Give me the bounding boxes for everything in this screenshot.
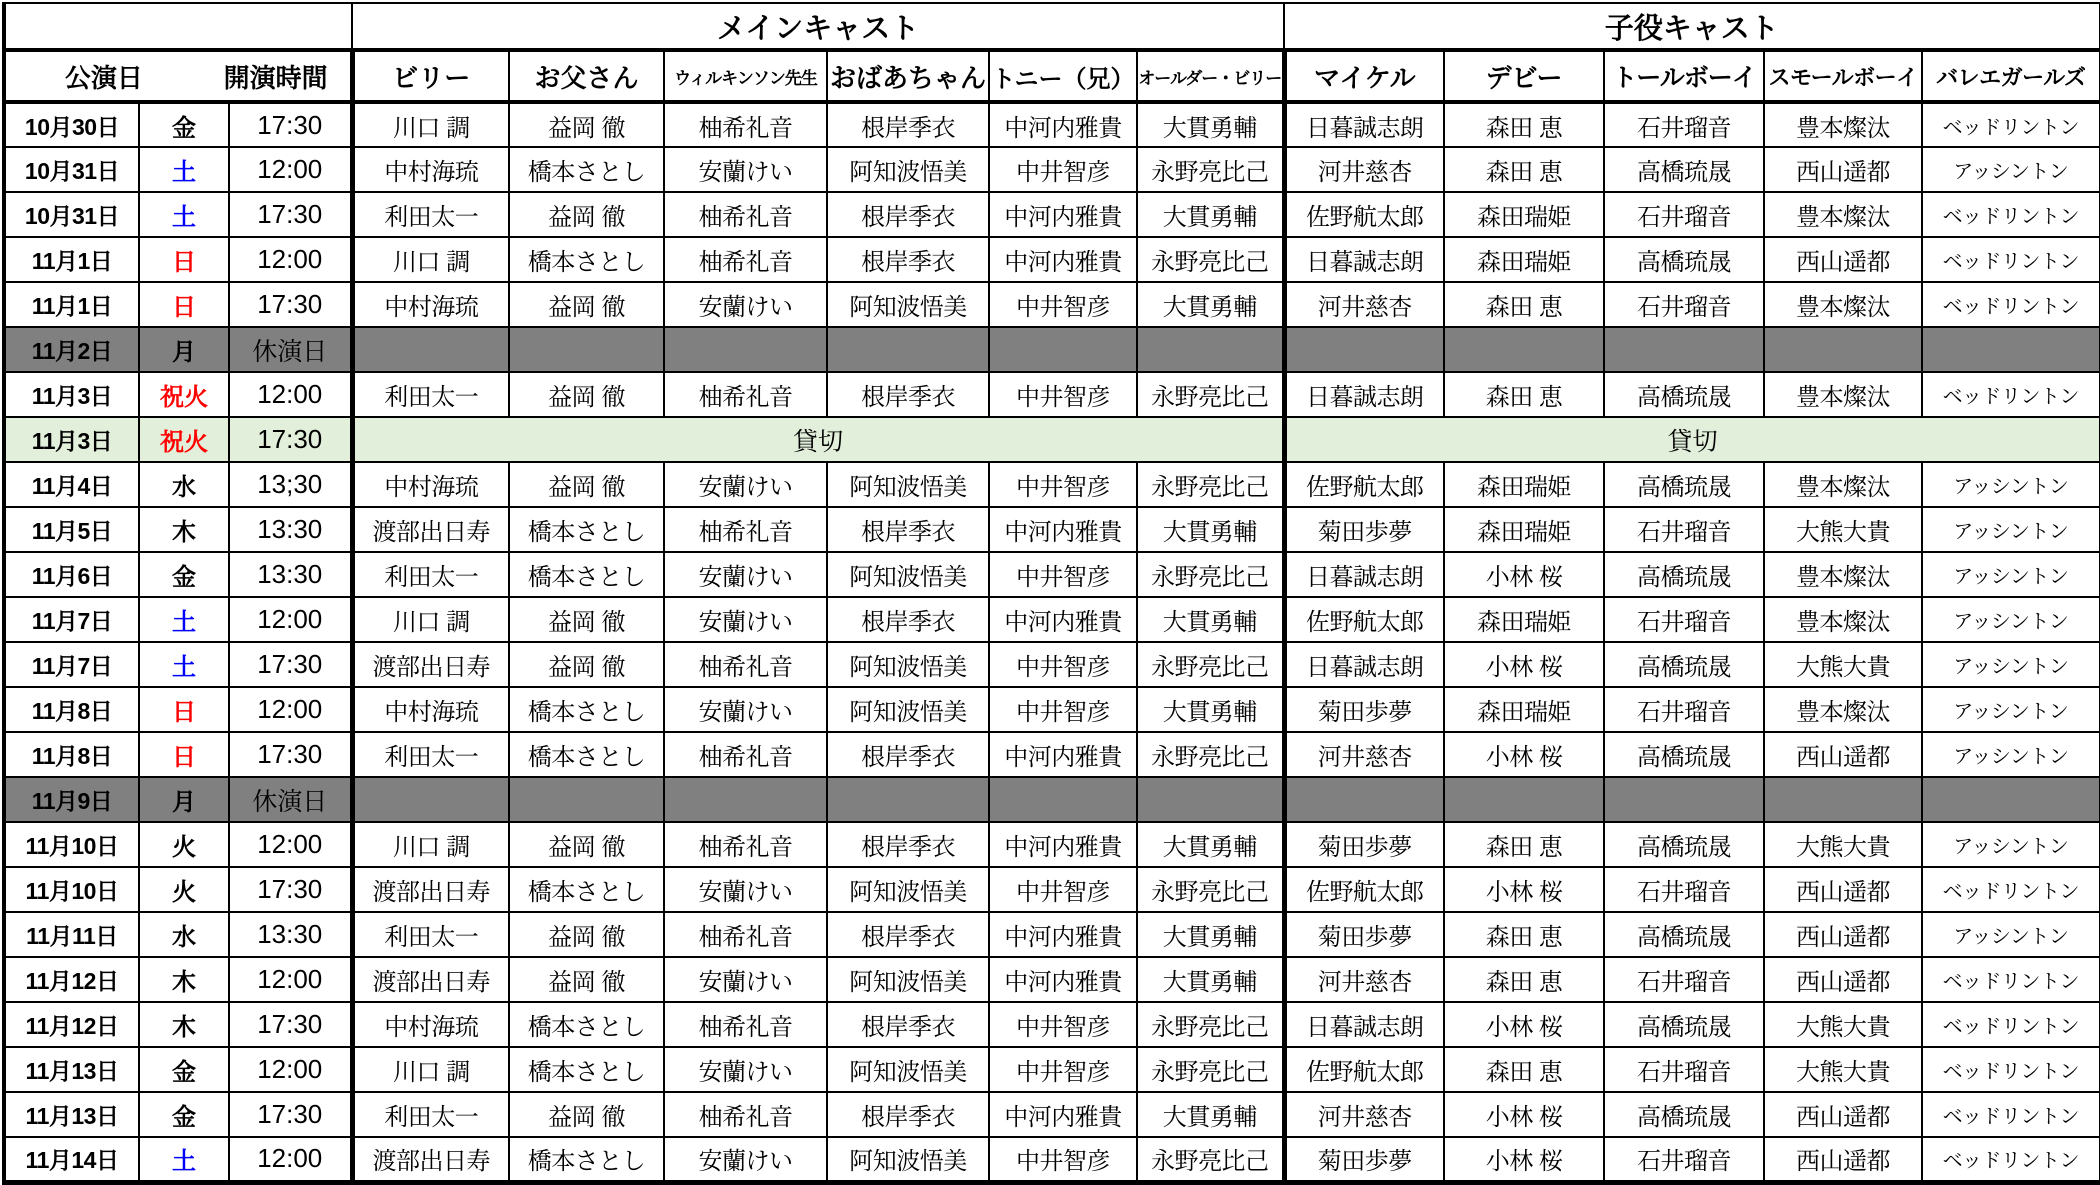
cast-cell: 大貫勇輔 [1137, 282, 1284, 327]
cast-cell: 柚希礼音 [664, 822, 827, 867]
day-of-week-cell: 火 [139, 822, 229, 867]
cast-cell: 益岡 徹 [509, 372, 664, 417]
day-of-week-cell: 水 [139, 462, 229, 507]
cast-cell: 豊本燦汰 [1764, 687, 1922, 732]
time-cell: 13:30 [229, 912, 352, 957]
cast-cell: 中井智彦 [989, 372, 1137, 417]
schedule-row: 11月12日木17:30中村海琉橋本さとし柚希礼音根岸季衣中井智彦永野亮比己日暮… [4, 1002, 2100, 1047]
cast-cell: 中河内雅貴 [989, 237, 1137, 282]
cast-cell: 日暮誠志朗 [1284, 642, 1444, 687]
cast-cell: 豊本燦汰 [1764, 372, 1922, 417]
schedule-row: 11月1日日12:00川口 調橋本さとし柚希礼音根岸季衣中河内雅貴永野亮比己日暮… [4, 237, 2100, 282]
cast-cell: 柚希礼音 [664, 372, 827, 417]
cast-cell [352, 777, 509, 822]
cast-cell: アッシントン [1922, 507, 2100, 552]
cast-cell: 益岡 徹 [509, 957, 664, 1002]
cast-cell [1444, 777, 1604, 822]
cast-cell: 中河内雅貴 [989, 822, 1137, 867]
cast-cell: 森田 恵 [1444, 282, 1604, 327]
date-cell: 11月10日 [4, 822, 139, 867]
cast-cell: 佐野航太郎 [1284, 1047, 1444, 1092]
date-cell: 11月11日 [4, 912, 139, 957]
cast-cell: 日暮誠志朗 [1284, 237, 1444, 282]
cast-cell: 森田瑞姫 [1444, 687, 1604, 732]
cast-cell: 安蘭けい [664, 282, 827, 327]
column-header-tall-boy: トールボーイ [1604, 50, 1764, 102]
column-header-billy: ビリー [352, 50, 509, 102]
date-cell: 11月7日 [4, 597, 139, 642]
day-of-week-cell: 金 [139, 1047, 229, 1092]
cast-cell: 菊田歩夢 [1284, 822, 1444, 867]
cast-cell: 高橋琉晟 [1604, 912, 1764, 957]
time-cell: 12:00 [229, 237, 352, 282]
time-cell: 12:00 [229, 687, 352, 732]
cast-cell: ベッドリントン [1922, 1137, 2100, 1182]
cast-cell: 柚希礼音 [664, 642, 827, 687]
cast-cell: 安蘭けい [664, 957, 827, 1002]
cast-cell: 佐野航太郎 [1284, 867, 1444, 912]
time-cell: 17:30 [229, 732, 352, 777]
cast-cell: 利田太一 [352, 732, 509, 777]
time-cell: 13;30 [229, 462, 352, 507]
cast-cell: 日暮誠志朗 [1284, 552, 1444, 597]
cast-cell: 中村海琉 [352, 147, 509, 192]
time-cell: 12:00 [229, 1047, 352, 1092]
day-of-week-cell: 木 [139, 1002, 229, 1047]
cast-cell: 柚希礼音 [664, 1092, 827, 1137]
cast-schedule-table-container: メインキャスト 子役キャスト 公演日 開演時間 ビリー お父さん ウィルキンソン… [0, 0, 2100, 1185]
cast-cell: 根岸季衣 [827, 372, 989, 417]
cast-cell: 橋本さとし [509, 867, 664, 912]
date-cell: 11月8日 [4, 732, 139, 777]
cast-cell: 渡部出日寿 [352, 507, 509, 552]
cast-cell: 安蘭けい [664, 1137, 827, 1182]
cast-cell: 永野亮比己 [1137, 867, 1284, 912]
cast-cell [509, 327, 664, 372]
date-cell: 11月3日 [4, 417, 139, 462]
date-cell: 11月9日 [4, 777, 139, 822]
cast-cell: 大貫勇輔 [1137, 912, 1284, 957]
time-cell: 17:30 [229, 102, 352, 147]
cast-cell: 利田太一 [352, 912, 509, 957]
day-of-week-cell: 祝火 [139, 417, 229, 462]
cast-cell [1284, 327, 1444, 372]
cast-cell: ベッドリントン [1922, 957, 2100, 1002]
day-of-week-cell: 祝火 [139, 372, 229, 417]
schedule-row: 11月4日水13;30中村海琉益岡 徹安蘭けい阿知波悟美中井智彦永野亮比己佐野航… [4, 462, 2100, 507]
cast-cell: 柚希礼音 [664, 732, 827, 777]
cast-cell: 中井智彦 [989, 147, 1137, 192]
cast-cell: 柚希礼音 [664, 192, 827, 237]
cast-cell: 利田太一 [352, 192, 509, 237]
cast-cell: アッシントン [1922, 687, 2100, 732]
column-header-ballet-girls: バレエガールズ [1922, 50, 2100, 102]
cast-cell: 高橋琉晟 [1604, 552, 1764, 597]
date-cell: 11月6日 [4, 552, 139, 597]
schedule-row: 10月31日土12:00中村海琉橋本さとし安蘭けい阿知波悟美中井智彦永野亮比己河… [4, 147, 2100, 192]
cast-cell: 高橋琉晟 [1604, 237, 1764, 282]
cast-cell: 永野亮比己 [1137, 552, 1284, 597]
schedule-row: 11月8日日12:00中村海琉橋本さとし安蘭けい阿知波悟美中井智彦大貫勇輔菊田歩… [4, 687, 2100, 732]
start-time-header: 開演時間 [202, 58, 350, 95]
cast-cell [1137, 327, 1284, 372]
cast-cell: 高橋琉晟 [1604, 822, 1764, 867]
cast-cell [1922, 777, 2100, 822]
cast-cell: 大貫勇輔 [1137, 192, 1284, 237]
cast-cell: 大熊大貴 [1764, 1047, 1922, 1092]
time-cell: 17:30 [229, 1002, 352, 1047]
cast-cell: 大貫勇輔 [1137, 957, 1284, 1002]
cast-cell: 柚希礼音 [664, 507, 827, 552]
cast-cell: 永野亮比己 [1137, 462, 1284, 507]
cast-cell: ベッドリントン [1922, 237, 2100, 282]
day-of-week-cell: 土 [139, 597, 229, 642]
cast-cell: 永野亮比己 [1137, 1002, 1284, 1047]
schedule-row: 11月1日日17:30中村海琉益岡 徹安蘭けい阿知波悟美中井智彦大貫勇輔河井慈杏… [4, 282, 2100, 327]
cast-cell: アッシントン [1922, 147, 2100, 192]
date-time-header-cell: 公演日 開演時間 [4, 50, 352, 102]
cast-cell: 阿知波悟美 [827, 867, 989, 912]
cast-cell: 小林 桜 [1444, 732, 1604, 777]
cast-cell: 橋本さとし [509, 147, 664, 192]
day-of-week-cell: 日 [139, 282, 229, 327]
schedule-row: 11月12日木12:00渡部出日寿益岡 徹安蘭けい阿知波悟美中河内雅貴大貫勇輔河… [4, 957, 2100, 1002]
cast-cell: 大貫勇輔 [1137, 687, 1284, 732]
schedule-row: 11月13日金12:00川口 調橋本さとし安蘭けい阿知波悟美中井智彦永野亮比己佐… [4, 1047, 2100, 1092]
cast-cell: 河井慈杏 [1284, 147, 1444, 192]
date-cell: 11月10日 [4, 867, 139, 912]
column-header-debbie: デビー [1444, 50, 1604, 102]
cast-cell: 石井瑠音 [1604, 102, 1764, 147]
cast-cell: 高橋琉晟 [1604, 462, 1764, 507]
time-cell: 12:00 [229, 957, 352, 1002]
cast-cell: 森田瑞姫 [1444, 597, 1604, 642]
date-cell: 10月31日 [4, 192, 139, 237]
date-cell: 11月3日 [4, 372, 139, 417]
cast-cell: 石井瑠音 [1604, 957, 1764, 1002]
time-cell: 17:30 [229, 867, 352, 912]
schedule-row: 11月10日火12:00川口 調益岡 徹柚希礼音根岸季衣中河内雅貴大貫勇輔菊田歩… [4, 822, 2100, 867]
cast-cell: 高橋琉晟 [1604, 1002, 1764, 1047]
cast-cell: 利田太一 [352, 552, 509, 597]
cast-cell: 橋本さとし [509, 687, 664, 732]
column-header-small-boy: スモールボーイ [1764, 50, 1922, 102]
cast-cell: 益岡 徹 [509, 822, 664, 867]
schedule-row: 11月9日月休演日 [4, 777, 2100, 822]
schedule-rows: 10月30日金17:30川口 調益岡 徹柚希礼音根岸季衣中河内雅貴大貫勇輔日暮誠… [4, 102, 2100, 1182]
cast-cell: 中河内雅貴 [989, 957, 1137, 1002]
day-of-week-cell: 土 [139, 642, 229, 687]
cast-cell: 高橋琉晟 [1604, 1092, 1764, 1137]
cast-cell: 橋本さとし [509, 1137, 664, 1182]
cast-cell: 柚希礼音 [664, 237, 827, 282]
cast-cell: 西山遥都 [1764, 912, 1922, 957]
cast-cell: 大貫勇輔 [1137, 1092, 1284, 1137]
day-of-week-cell: 土 [139, 1137, 229, 1182]
cast-cell: 中河内雅貴 [989, 192, 1137, 237]
day-of-week-cell: 火 [139, 867, 229, 912]
cast-cell: 西山遥都 [1764, 1137, 1922, 1182]
cast-cell: 高橋琉晟 [1604, 372, 1764, 417]
time-cell: 17:30 [229, 192, 352, 237]
cast-cell: 阿知波悟美 [827, 1047, 989, 1092]
cast-cell: ベッドリントン [1922, 102, 2100, 147]
cast-cell: 渡部出日寿 [352, 957, 509, 1002]
date-cell: 11月12日 [4, 957, 139, 1002]
cast-cell: アッシントン [1922, 552, 2100, 597]
date-cell: 11月14日 [4, 1137, 139, 1182]
cast-cell: 橋本さとし [509, 237, 664, 282]
cast-cell: 西山遥都 [1764, 1092, 1922, 1137]
cast-cell: アッシントン [1922, 462, 2100, 507]
cast-cell: 豊本燦汰 [1764, 597, 1922, 642]
cast-cell: 根岸季衣 [827, 237, 989, 282]
time-cell: 13:30 [229, 507, 352, 552]
date-cell: 11月5日 [4, 507, 139, 552]
time-cell: 12:00 [229, 1137, 352, 1182]
cast-cell: 森田 恵 [1444, 1047, 1604, 1092]
cast-cell: 中村海琉 [352, 462, 509, 507]
cast-cell: 益岡 徹 [509, 1092, 664, 1137]
cast-cell: アッシントン [1922, 597, 2100, 642]
date-cell: 11月8日 [4, 687, 139, 732]
cast-cell: 安蘭けい [664, 687, 827, 732]
cast-cell: 石井瑠音 [1604, 282, 1764, 327]
cast-cell: 根岸季衣 [827, 822, 989, 867]
cast-cell: 益岡 徹 [509, 462, 664, 507]
cast-cell: 安蘭けい [664, 552, 827, 597]
cast-cell: ベッドリントン [1922, 282, 2100, 327]
cast-cell: 中井智彦 [989, 642, 1137, 687]
cast-cell [827, 777, 989, 822]
cast-cell: 柚希礼音 [664, 912, 827, 957]
day-of-week-cell: 土 [139, 192, 229, 237]
cast-cell: 佐野航太郎 [1284, 597, 1444, 642]
cast-cell: 益岡 徹 [509, 282, 664, 327]
cast-cell: 根岸季衣 [827, 597, 989, 642]
date-cell: 11月2日 [4, 327, 139, 372]
cast-cell: 西山遥都 [1764, 147, 1922, 192]
schedule-row: 11月5日木13:30渡部出日寿橋本さとし柚希礼音根岸季衣中河内雅貴大貫勇輔菊田… [4, 507, 2100, 552]
cast-cell: 佐野航太郎 [1284, 462, 1444, 507]
time-cell: 12:00 [229, 372, 352, 417]
cast-cell: 石井瑠音 [1604, 1137, 1764, 1182]
day-of-week-cell: 金 [139, 1092, 229, 1137]
cast-cell: 中井智彦 [989, 1137, 1137, 1182]
cast-cell: アッシントン [1922, 822, 2100, 867]
cast-cell: 永野亮比己 [1137, 732, 1284, 777]
cast-cell: 菊田歩夢 [1284, 687, 1444, 732]
date-cell: 11月13日 [4, 1047, 139, 1092]
day-of-week-cell: 金 [139, 102, 229, 147]
cast-cell: 森田瑞姫 [1444, 192, 1604, 237]
cast-cell [1137, 777, 1284, 822]
private-booking-main-cast-cell: 貸切 [352, 417, 1284, 462]
cast-cell: 根岸季衣 [827, 507, 989, 552]
cast-cell: 安蘭けい [664, 462, 827, 507]
schedule-row: 11月3日祝火12:00利田太一益岡 徹柚希礼音根岸季衣中井智彦永野亮比己日暮誠… [4, 372, 2100, 417]
cast-cell: 安蘭けい [664, 147, 827, 192]
cast-cell: 橋本さとし [509, 552, 664, 597]
cast-cell: 石井瑠音 [1604, 867, 1764, 912]
cast-cell: 利田太一 [352, 1092, 509, 1137]
cast-cell: 豊本燦汰 [1764, 282, 1922, 327]
cast-cell: 小林 桜 [1444, 552, 1604, 597]
cast-cell: 川口 調 [352, 1047, 509, 1092]
cast-cell: 豊本燦汰 [1764, 552, 1922, 597]
cast-cell: 中河内雅貴 [989, 507, 1137, 552]
cast-cell: 橋本さとし [509, 507, 664, 552]
schedule-row: 11月11日水13:30利田太一益岡 徹柚希礼音根岸季衣中河内雅貴大貫勇輔菊田歩… [4, 912, 2100, 957]
cast-cell: 阿知波悟美 [827, 552, 989, 597]
cast-cell [509, 777, 664, 822]
schedule-row: 11月7日土17:30渡部出日寿益岡 徹柚希礼音阿知波悟美中井智彦永野亮比己日暮… [4, 642, 2100, 687]
cast-cell: 永野亮比己 [1137, 642, 1284, 687]
cast-cell [1604, 327, 1764, 372]
cast-group-header-row: メインキャスト 子役キャスト [4, 3, 2100, 50]
cast-cell: 西山遥都 [1764, 867, 1922, 912]
cast-cell: 阿知波悟美 [827, 1137, 989, 1182]
cast-cell: 大貫勇輔 [1137, 822, 1284, 867]
cast-cell: 中井智彦 [989, 462, 1137, 507]
cast-cell: 豊本燦汰 [1764, 462, 1922, 507]
cast-cell: 橋本さとし [509, 1047, 664, 1092]
cast-cell [664, 327, 827, 372]
cast-cell: 大熊大貴 [1764, 642, 1922, 687]
cast-cell: 川口 調 [352, 597, 509, 642]
schedule-row: 11月7日土12:00川口 調益岡 徹安蘭けい根岸季衣中河内雅貴大貫勇輔佐野航太… [4, 597, 2100, 642]
cast-cell: 佐野航太郎 [1284, 192, 1444, 237]
day-of-week-cell: 木 [139, 957, 229, 1002]
blank-corner-cell [4, 3, 352, 50]
cast-cell: 小林 桜 [1444, 642, 1604, 687]
day-of-week-cell: 月 [139, 327, 229, 372]
cast-cell: 西山遥都 [1764, 732, 1922, 777]
day-of-week-cell: 水 [139, 912, 229, 957]
cast-cell: 西山遥都 [1764, 957, 1922, 1002]
cast-cell: 根岸季衣 [827, 102, 989, 147]
cast-cell: 森田 恵 [1444, 102, 1604, 147]
cast-cell: 中河内雅貴 [989, 912, 1137, 957]
time-cell: 17:30 [229, 282, 352, 327]
schedule-row: 10月31日土17:30利田太一益岡 徹柚希礼音根岸季衣中河内雅貴大貫勇輔佐野航… [4, 192, 2100, 237]
cast-cell [664, 777, 827, 822]
cast-cell: 永野亮比己 [1137, 1137, 1284, 1182]
cast-cell: 小林 桜 [1444, 1002, 1604, 1047]
cast-cell: 高橋琉晟 [1604, 147, 1764, 192]
day-of-week-cell: 金 [139, 552, 229, 597]
cast-cell: 阿知波悟美 [827, 687, 989, 732]
cast-cell [352, 327, 509, 372]
cast-cell: 益岡 徹 [509, 912, 664, 957]
cast-cell: 小林 桜 [1444, 1137, 1604, 1182]
cast-cell: 中井智彦 [989, 1002, 1137, 1047]
cast-cell: 渡部出日寿 [352, 1137, 509, 1182]
cast-cell: 日暮誠志朗 [1284, 102, 1444, 147]
date-cell: 11月4日 [4, 462, 139, 507]
date-cell: 10月31日 [4, 147, 139, 192]
cast-cell: ベッドリントン [1922, 867, 2100, 912]
date-cell: 11月1日 [4, 237, 139, 282]
cast-cell: 川口 調 [352, 237, 509, 282]
child-cast-group-header: 子役キャスト [1284, 3, 2100, 50]
cast-cell: 石井瑠音 [1604, 1047, 1764, 1092]
cast-cell: 根岸季衣 [827, 192, 989, 237]
cast-cell: ベッドリントン [1922, 192, 2100, 237]
cast-cell: 阿知波悟美 [827, 147, 989, 192]
cast-cell [1764, 327, 1922, 372]
schedule-row: 10月30日金17:30川口 調益岡 徹柚希礼音根岸季衣中河内雅貴大貫勇輔日暮誠… [4, 102, 2100, 147]
cast-cell [1764, 777, 1922, 822]
date-cell: 11月1日 [4, 282, 139, 327]
cast-cell: 永野亮比己 [1137, 1047, 1284, 1092]
cast-cell: 大熊大貴 [1764, 507, 1922, 552]
time-cell: 17:30 [229, 417, 352, 462]
cast-cell: 安蘭けい [664, 1047, 827, 1092]
date-cell: 11月13日 [4, 1092, 139, 1137]
cast-cell: 柚希礼音 [664, 102, 827, 147]
cast-cell: 中河内雅貴 [989, 597, 1137, 642]
cast-cell: 益岡 徹 [509, 102, 664, 147]
time-cell: 12:00 [229, 147, 352, 192]
cast-cell: 豊本燦汰 [1764, 192, 1922, 237]
cast-cell: 菊田歩夢 [1284, 507, 1444, 552]
cast-cell: 河井慈杏 [1284, 732, 1444, 777]
time-cell: 13:30 [229, 552, 352, 597]
cast-cell: 渡部出日寿 [352, 642, 509, 687]
cast-cell: 橋本さとし [509, 732, 664, 777]
cast-cell: 橋本さとし [509, 1002, 664, 1047]
cast-cell: 森田瑞姫 [1444, 507, 1604, 552]
cast-cell: 永野亮比己 [1137, 237, 1284, 282]
cast-cell: 柚希礼音 [664, 1002, 827, 1047]
day-of-week-cell: 木 [139, 507, 229, 552]
column-header-older-billy: オールダー・ビリー [1137, 50, 1284, 102]
cast-cell: 石井瑠音 [1604, 687, 1764, 732]
cast-cell: 中井智彦 [989, 687, 1137, 732]
cast-cell: ベッドリントン [1922, 1047, 2100, 1092]
time-cell: 休演日 [229, 777, 352, 822]
cast-cell: 大貫勇輔 [1137, 102, 1284, 147]
column-header-tony: トニー（兄） [989, 50, 1137, 102]
cast-cell: 日暮誠志朗 [1284, 1002, 1444, 1047]
cast-cell: 大貫勇輔 [1137, 507, 1284, 552]
cast-cell: 大貫勇輔 [1137, 597, 1284, 642]
cast-cell: 大熊大貴 [1764, 1002, 1922, 1047]
cast-cell: 中河内雅貴 [989, 1092, 1137, 1137]
cast-schedule-table: メインキャスト 子役キャスト 公演日 開演時間 ビリー お父さん ウィルキンソン… [2, 2, 2100, 1185]
cast-cell: 豊本燦汰 [1764, 102, 1922, 147]
day-of-week-cell: 日 [139, 732, 229, 777]
cast-cell [989, 777, 1137, 822]
schedule-row: 11月6日金13:30利田太一橋本さとし安蘭けい阿知波悟美中井智彦永野亮比己日暮… [4, 552, 2100, 597]
cast-cell: 阿知波悟美 [827, 462, 989, 507]
cast-cell [1604, 777, 1764, 822]
cast-cell [1922, 327, 2100, 372]
cast-cell: アッシントン [1922, 732, 2100, 777]
cast-cell: 川口 調 [352, 822, 509, 867]
cast-cell: 中井智彦 [989, 282, 1137, 327]
cast-cell: 森田 恵 [1444, 822, 1604, 867]
time-cell: 17:30 [229, 1092, 352, 1137]
cast-cell: 安蘭けい [664, 867, 827, 912]
day-of-week-cell: 土 [139, 147, 229, 192]
cast-cell: 森田 恵 [1444, 912, 1604, 957]
cast-cell: 渡部出日寿 [352, 867, 509, 912]
cast-cell: 日暮誠志朗 [1284, 372, 1444, 417]
cast-cell: 安蘭けい [664, 597, 827, 642]
date-cell: 11月12日 [4, 1002, 139, 1047]
